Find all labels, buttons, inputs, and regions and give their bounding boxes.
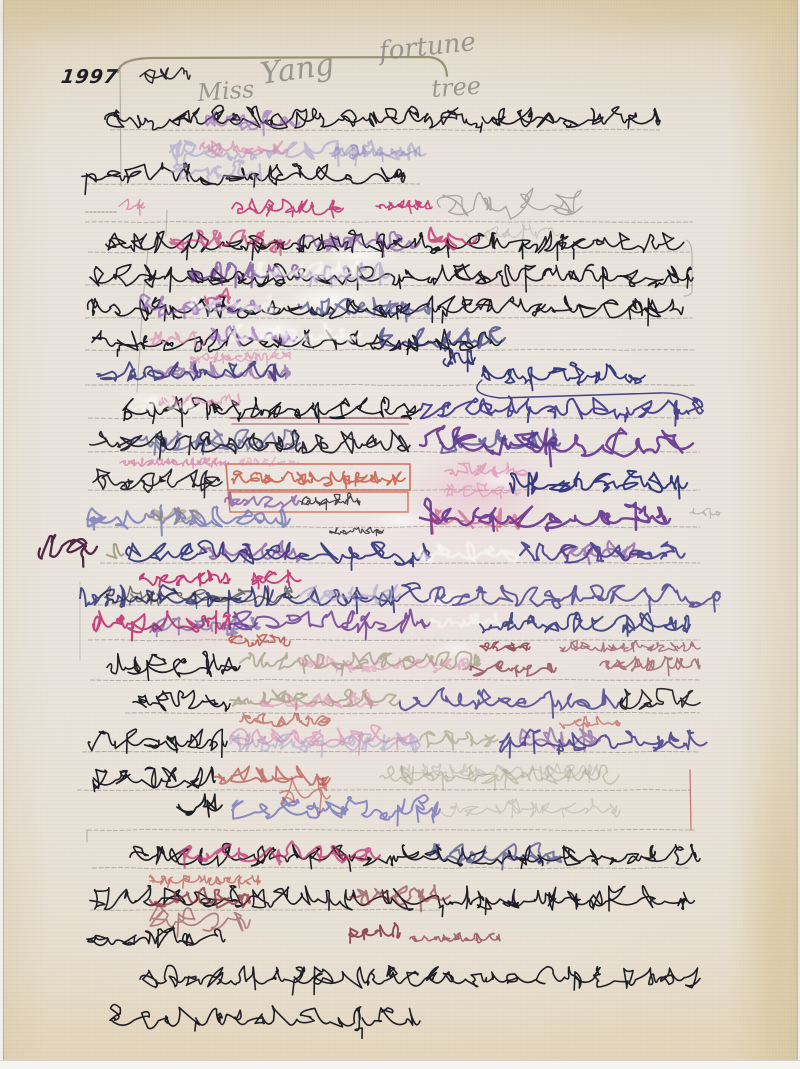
stitched-text-line [119, 199, 145, 215]
stitched-text-line [410, 933, 500, 943]
stitched-text-line [690, 508, 720, 518]
stitched-text-line [429, 228, 477, 250]
margin-thread-line [120, 66, 121, 186]
stitched-text-line [82, 163, 405, 195]
stitched-text-line [200, 141, 287, 155]
stitched-text-line [349, 923, 400, 943]
stitched-text-line [437, 188, 582, 219]
stitched-text-line [177, 794, 222, 817]
stitched-text-line [140, 68, 190, 83]
margin-note-creation [39, 535, 97, 567]
ruled-line [85, 221, 693, 222]
mount-edge-bottom [0, 1060, 800, 1069]
pencil-note-fortune: fortune [376, 27, 478, 67]
stitched-text-line [232, 199, 343, 218]
stitched-text-line [140, 965, 700, 994]
fabric-stain [740, 730, 800, 1069]
stitched-text-line [110, 1004, 420, 1038]
stitched-handwriting [39, 68, 720, 1039]
stitched-text-line [149, 875, 260, 888]
header: 1997 [60, 65, 120, 88]
fabric-stain [0, 0, 180, 45]
embroidered-manuscript-artwork: 1997 Miss Yang fortune tree [0, 0, 800, 1069]
ruled-line [110, 129, 660, 130]
ruled-line [85, 184, 420, 185]
margin-thread-line [166, 210, 167, 236]
stitched-text-line [93, 767, 215, 791]
stitched-text-line [88, 729, 227, 757]
pencil-note-yang: Yang [258, 47, 336, 92]
pencil-note-tree: tree [430, 72, 481, 103]
stitched-text-line [107, 544, 124, 558]
red-vertical-thread [690, 770, 691, 830]
pencil-notes: Miss Yang fortune tree [195, 27, 481, 107]
fabric-stain [550, 0, 800, 43]
pencil-note-miss: Miss [195, 75, 255, 107]
stitched-text-line [105, 105, 660, 132]
stitched-text-line [90, 886, 694, 917]
year-heading: 1997 [60, 65, 120, 88]
stitching-layer: 1997 Miss Yang fortune tree [0, 0, 800, 1069]
ruled-line [92, 867, 690, 868]
stitched-text-line [350, 885, 450, 911]
thread-sheen-layer [0, 0, 800, 1069]
stitched-text-line [376, 200, 432, 213]
ruled-line [90, 909, 440, 910]
